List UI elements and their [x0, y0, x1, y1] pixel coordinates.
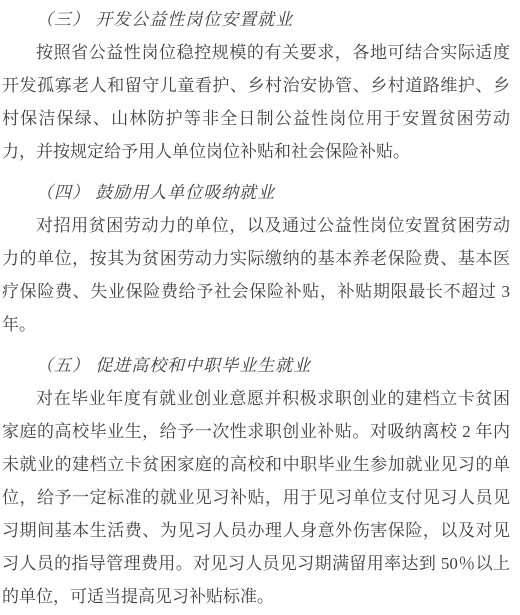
section-paragraph-3: 按照省公益性岗位稳控规模的有关要求，各地可结合实际适度开发孤寡老人和留守儿童看护… [2, 36, 510, 168]
section-heading-5: （五） 促进高校和中职毕业生就业 [2, 349, 510, 382]
section-heading-4: （四） 鼓励用人单位吸纳就业 [2, 176, 510, 209]
section-paragraph-5: 对在毕业年度有就业创业意愿并积极求职创业的建档立卡贫困家庭的高校毕业生，给予一次… [2, 382, 510, 613]
section-heading-3: （三） 开发公益性岗位安置就业 [2, 3, 510, 36]
document-page: （三） 开发公益性岗位安置就业 按照省公益性岗位稳控规模的有关要求，各地可结合实… [0, 0, 520, 615]
section-paragraph-4: 对招用贫困劳动力的单位，以及通过公益性岗位安置贫困劳动力的单位，按其为贫困劳动力… [2, 209, 510, 341]
